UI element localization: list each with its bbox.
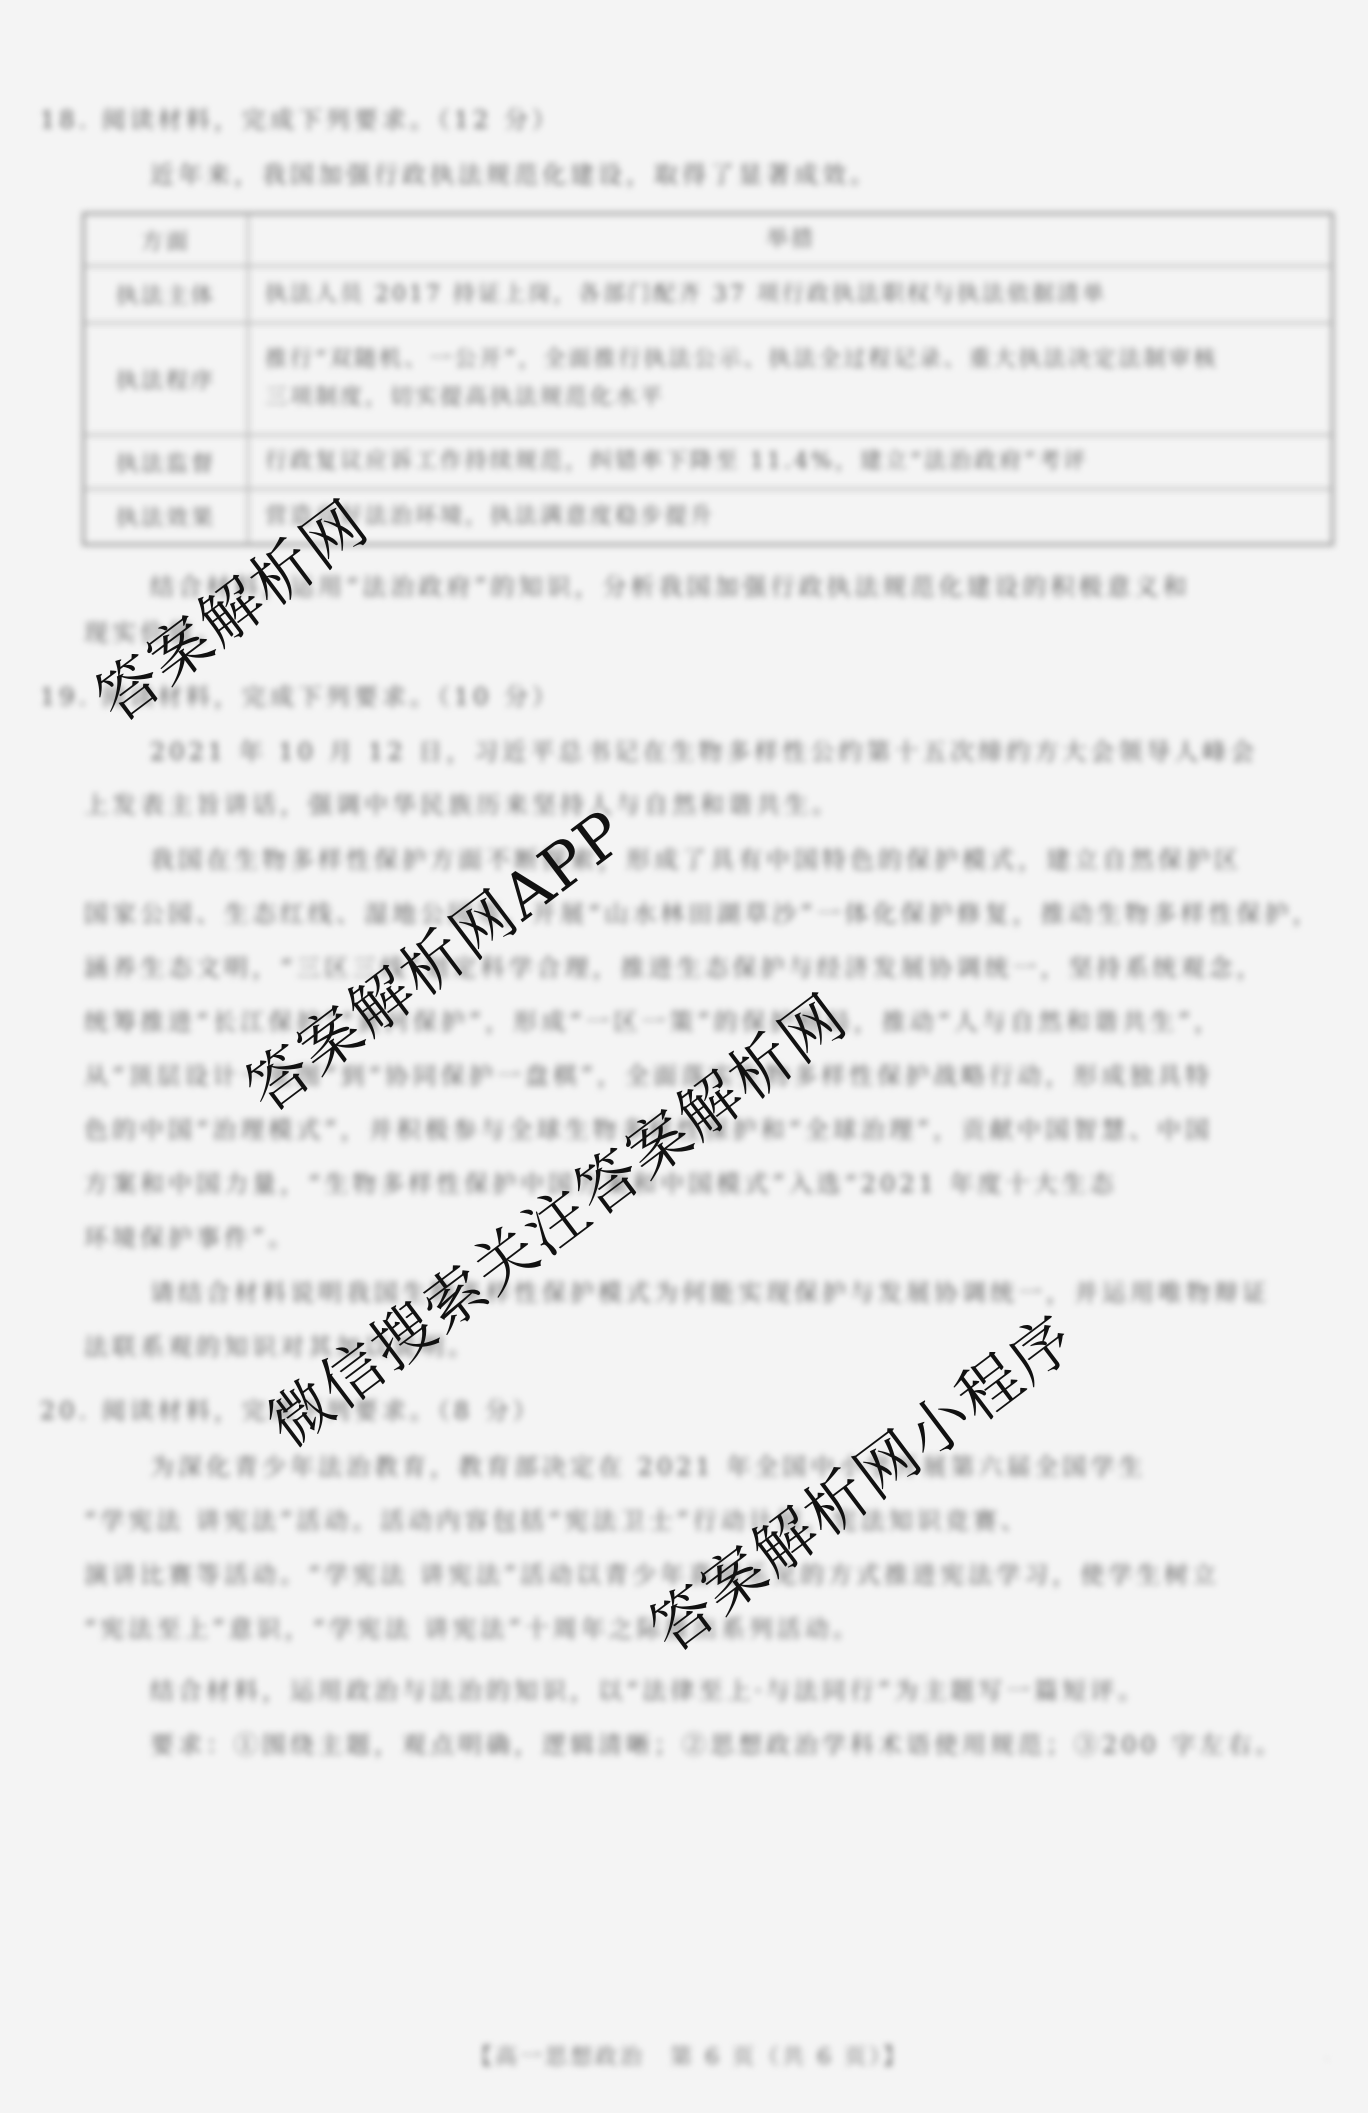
table-row-label: 执法效果 (85, 490, 249, 543)
table-row-text: 行政复议应诉工作持续规范，纠错率下降至 11.4%，建立“法治政府”考评 (265, 443, 1317, 481)
table-row-label: 执法程序 (85, 324, 249, 434)
page-mark: · (1325, 2052, 1329, 2068)
question-18-header: 18. 阅读材料，完成下列要求。（12 分） (40, 105, 560, 135)
table-header-aspect: 方面 (85, 215, 249, 265)
table-row-text: 营造良好法治环境，执法满意度稳步提升 (265, 498, 1317, 536)
question-18-intro: 近年来，我国加强行政执法规范化建设，取得了显著成效。 (150, 160, 878, 190)
question-20-task: 要求：①围绕主题，观点明确，逻辑清晰；②思想政治学科术语使用规范；③200 字左… (150, 1730, 1283, 1760)
question-19-paragraph: 上发表主旨讲话，强调中华民族历来坚持人与自然和谐共生。 (84, 790, 840, 820)
measures-table: 方面 举措 执法主体 执法人员 2017 持证上岗，各部门配齐 37 项行政执法… (82, 212, 1334, 546)
exam-page: 18. 阅读材料，完成下列要求。（12 分） 近年来，我国加强行政执法规范化建设… (0, 0, 1368, 2113)
table-row: 执法监督 行政复议应诉工作持续规范，纠错率下降至 11.4%，建立“法治政府”考… (85, 436, 1331, 490)
question-20-task: 结合材料，运用政治与法治的知识，以“法律至上·与法同行”为主题写一篇短评。 (150, 1676, 1146, 1706)
table-row-text: 推行“双随机、一公开”，全面推行执法公示、执法全过程记录、重大执法决定法制审核 (265, 341, 1317, 379)
question-19-paragraph: 环境保护事件”。 (84, 1223, 296, 1253)
page-footer: 【高一思想政治 第 6 页（共 6 页）】 (470, 2040, 908, 2071)
table-header-row: 方面 举措 (85, 215, 1331, 267)
table-row: 执法程序 推行“双随机、一公开”，全面推行执法公示、执法全过程记录、重大执法决定… (85, 324, 1331, 436)
table-row-label: 执法监督 (85, 436, 249, 488)
table-row: 执法主体 执法人员 2017 持证上岗，各部门配齐 37 项行政执法职权与执法依… (85, 267, 1331, 324)
question-19-paragraph: 统筹推进“长江保护”“黄河保护”，形成“一区一策”的保护格局，推动“人与自然和谐… (84, 1007, 1222, 1037)
table-row-text: 执法人员 2017 持证上岗，各部门配齐 37 项行政执法职权与执法依据清单 (265, 276, 1317, 314)
question-19-paragraph: 涵养生态文明，“三区三线”划定科学合理，推进生态保护与经济发展协调统一，坚持系统… (84, 953, 1265, 983)
table-header-measures: 举措 (766, 221, 816, 259)
table-row-text: 三项制度，切实提高执法规范化水平 (265, 379, 1317, 417)
question-19-paragraph: 我国在生物多样性保护方面不断探索，形成了具有中国特色的保护模式，建立自然保护区 (150, 845, 1242, 875)
question-19-paragraph: 国家公园、生态红线、湿地公园等，开展“山水林田湖草沙”一体化保护修复，推动生物多… (84, 899, 1321, 929)
question-19-paragraph: 2021 年 10 月 12 日，习近平总书记在生物多样性公约第十五次缔约方大会… (150, 737, 1258, 767)
question-19-task: 请结合材料说明我国生物多样性保护模式为何能实现保护与发展协调统一，并运用唯物辩证 (150, 1278, 1270, 1308)
table-row-label: 执法主体 (85, 267, 249, 322)
